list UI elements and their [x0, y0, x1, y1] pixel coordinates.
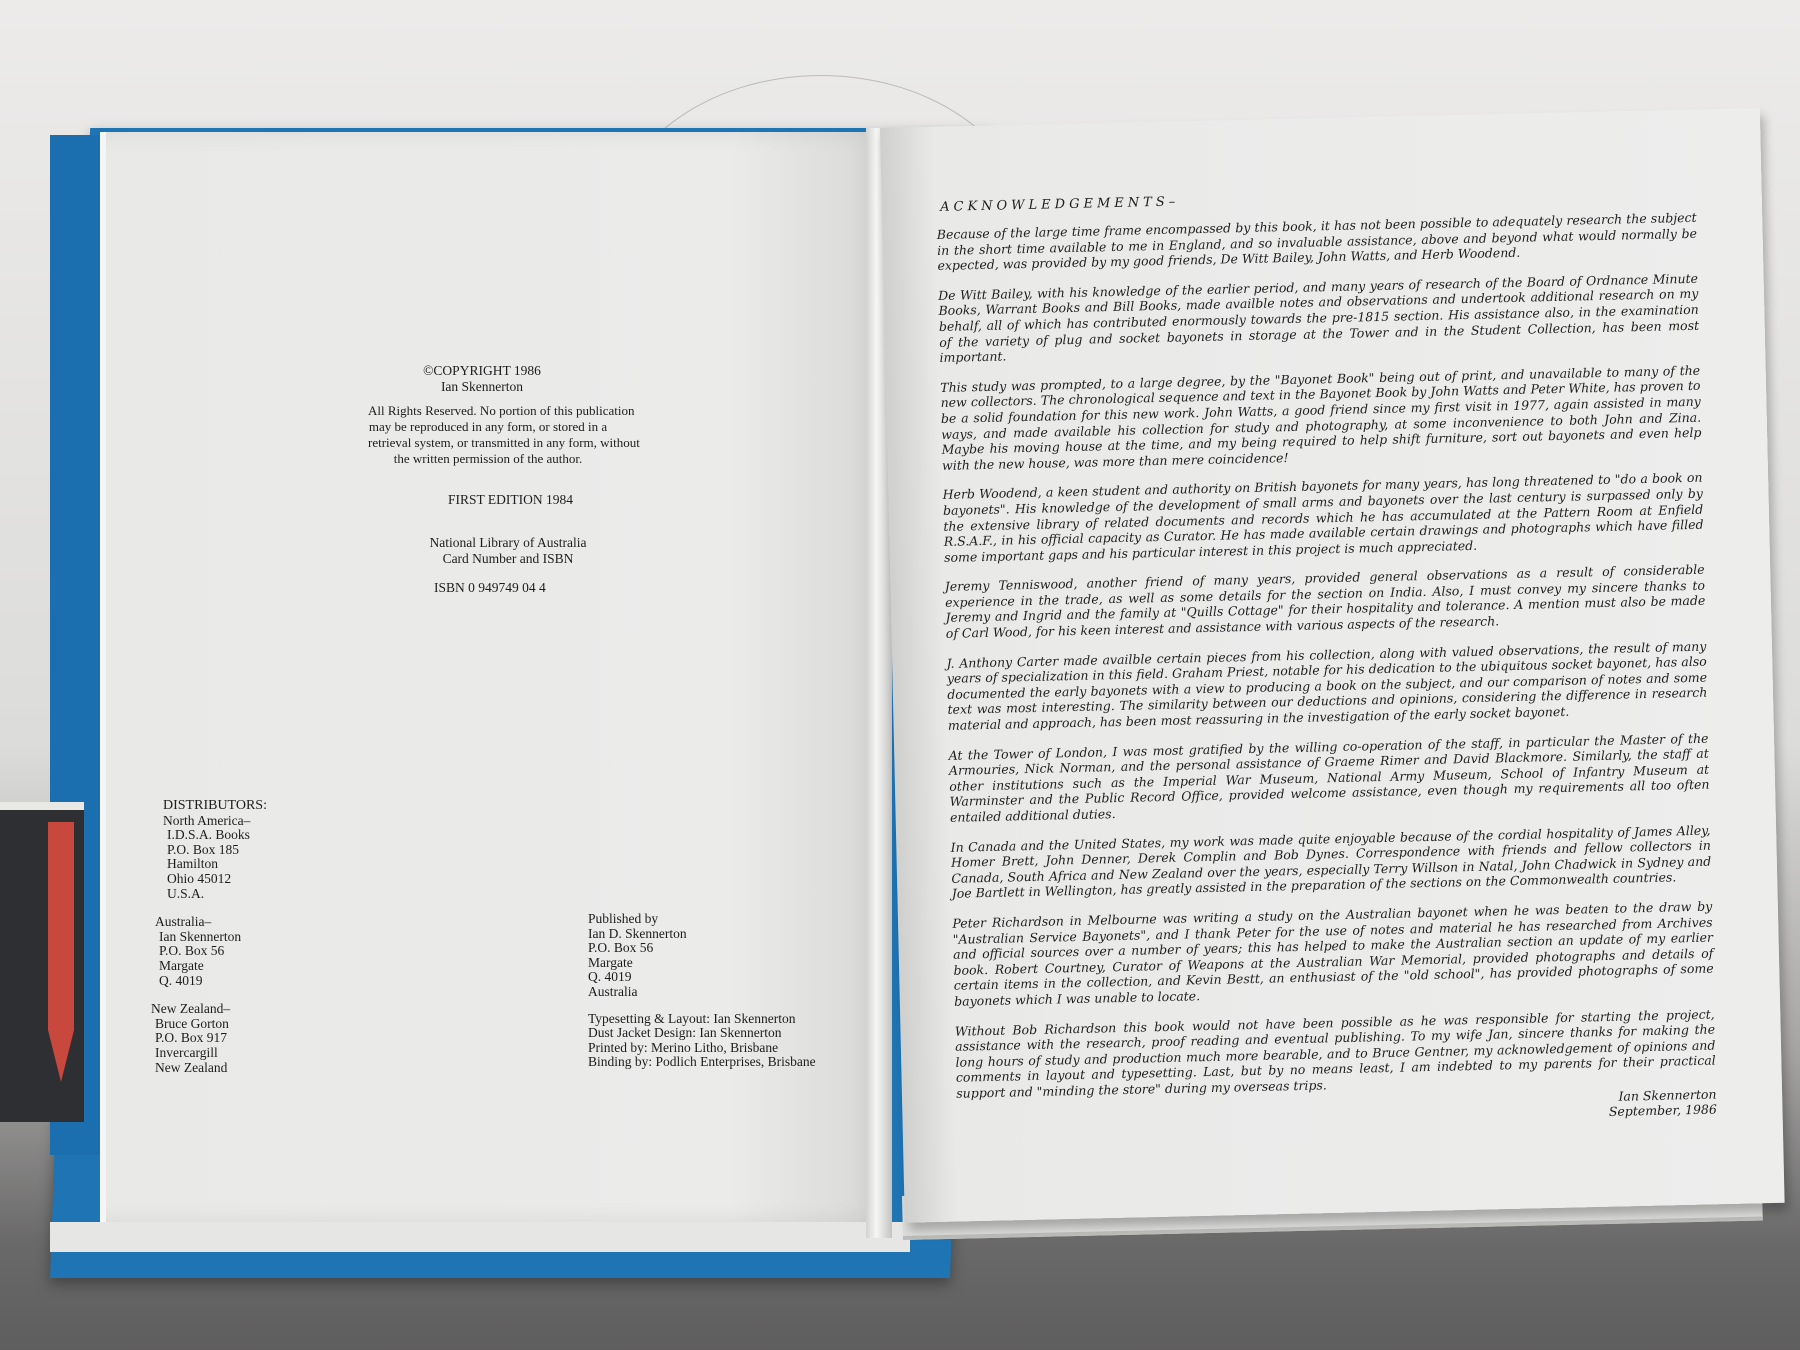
- region-label: North America–: [163, 813, 250, 828]
- address-line: P.O. Box 185: [163, 843, 267, 858]
- ack-paragraph: In Canada and the United States, my work…: [951, 822, 1712, 902]
- photo-scene: ©COPYRIGHT 1986 Ian Skennerton All Right…: [0, 0, 1800, 1350]
- ack-paragraph: Peter Richardson in Melbourne was writin…: [952, 899, 1714, 1010]
- address-line: New Zealand: [151, 1061, 267, 1076]
- publisher-block: Published by Ian D. Skennerton P.O. Box …: [588, 912, 816, 1070]
- credit-line: Binding by: Podlich Enterprises, Brisban…: [588, 1055, 816, 1070]
- rights-line: may be reproduced in any form, or stored…: [368, 419, 608, 435]
- publisher-line: Margate: [588, 956, 816, 971]
- publisher-line: Q. 4019: [588, 970, 816, 985]
- nla-line: Card Number and ISBN: [428, 551, 588, 567]
- address-line: U.S.A.: [163, 887, 267, 902]
- copyright-line: ©COPYRIGHT 1986: [372, 363, 592, 379]
- distributor-north-america: North America– I.D.S.A. Books P.O. Box 1…: [163, 814, 267, 902]
- credit-line: Dust Jacket Design: Ian Skennerton: [588, 1026, 816, 1041]
- ack-paragraph: At the Tower of London, I was most grati…: [948, 730, 1710, 825]
- region-label: Australia–: [155, 914, 211, 929]
- jacket-band: [0, 802, 84, 810]
- copyright-notice: ©COPYRIGHT 1986 Ian Skennerton: [372, 363, 592, 395]
- isbn: ISBN 0 949749 04 4: [434, 580, 546, 596]
- acknowledgements-section: ACKNOWLEDGEMENTS– Because of the large t…: [936, 183, 1717, 1134]
- copyright-holder: Ian Skennerton: [372, 379, 592, 395]
- ack-paragraph: This study was prompted, to a large degr…: [940, 362, 1702, 473]
- address-line: Ohio 45012: [163, 872, 267, 887]
- nla-line: National Library of Australia: [428, 535, 588, 551]
- publisher-line: Published by: [588, 912, 816, 927]
- ack-paragraph: De Witt Bailey, with his knowledge of th…: [938, 271, 1700, 366]
- credit-line: Printed by: Merino Litho, Brisbane: [588, 1041, 816, 1056]
- edition-line: FIRST EDITION 1984: [448, 492, 573, 508]
- publisher-line: Australia: [588, 985, 816, 1000]
- publisher-line: P.O. Box 56: [588, 941, 816, 956]
- address-line: P.O. Box 56: [155, 944, 267, 959]
- ack-paragraph: J. Anthony Carter made availble certain …: [946, 638, 1708, 733]
- bayonet-illustration: [0, 802, 84, 1122]
- rights-line: All Rights Reserved. No portion of this …: [368, 403, 608, 419]
- distributor-australia: Australia– Ian Skennerton P.O. Box 56 Ma…: [155, 915, 267, 988]
- address-line: P.O. Box 917: [151, 1031, 267, 1046]
- publisher-line: Ian D. Skennerton: [588, 927, 816, 942]
- address-line: Ian Skennerton: [155, 930, 267, 945]
- ack-paragraph: Jeremy Tenniswood, another friend of man…: [945, 562, 1706, 642]
- distributor-new-zealand: New Zealand– Bruce Gorton P.O. Box 917 I…: [151, 1002, 267, 1075]
- address-line: Margate: [155, 959, 267, 974]
- address-line: Q. 4019: [155, 974, 267, 989]
- address-line: I.D.S.A. Books: [163, 828, 267, 843]
- bayonet-blade-icon: [48, 822, 74, 1082]
- ack-paragraph: Herb Woodend, a keen student and authori…: [943, 470, 1705, 565]
- region-label: New Zealand–: [151, 1001, 230, 1016]
- ack-paragraph: Without Bob Richardson this book would n…: [955, 1006, 1717, 1101]
- rights-line: the written permission of the author.: [368, 451, 608, 467]
- address-line: Invercargill: [151, 1046, 267, 1061]
- credit-line: Typesetting & Layout: Ian Skennerton: [588, 1012, 816, 1027]
- address-line: Hamilton: [163, 857, 267, 872]
- address-line: Bruce Gorton: [151, 1017, 267, 1032]
- distributors-heading: DISTRIBUTORS:: [163, 799, 267, 814]
- rights-statement: All Rights Reserved. No portion of this …: [368, 403, 608, 467]
- nla-note: National Library of Australia Card Numbe…: [428, 535, 588, 567]
- distributors-block: DISTRIBUTORS: North America– I.D.S.A. Bo…: [163, 799, 267, 1075]
- ack-paragraph: Because of the large time frame encompas…: [937, 210, 1698, 274]
- rights-line: retrieval system, or transmitted in any …: [368, 435, 608, 451]
- jacket-bottom-edge: [50, 1222, 910, 1252]
